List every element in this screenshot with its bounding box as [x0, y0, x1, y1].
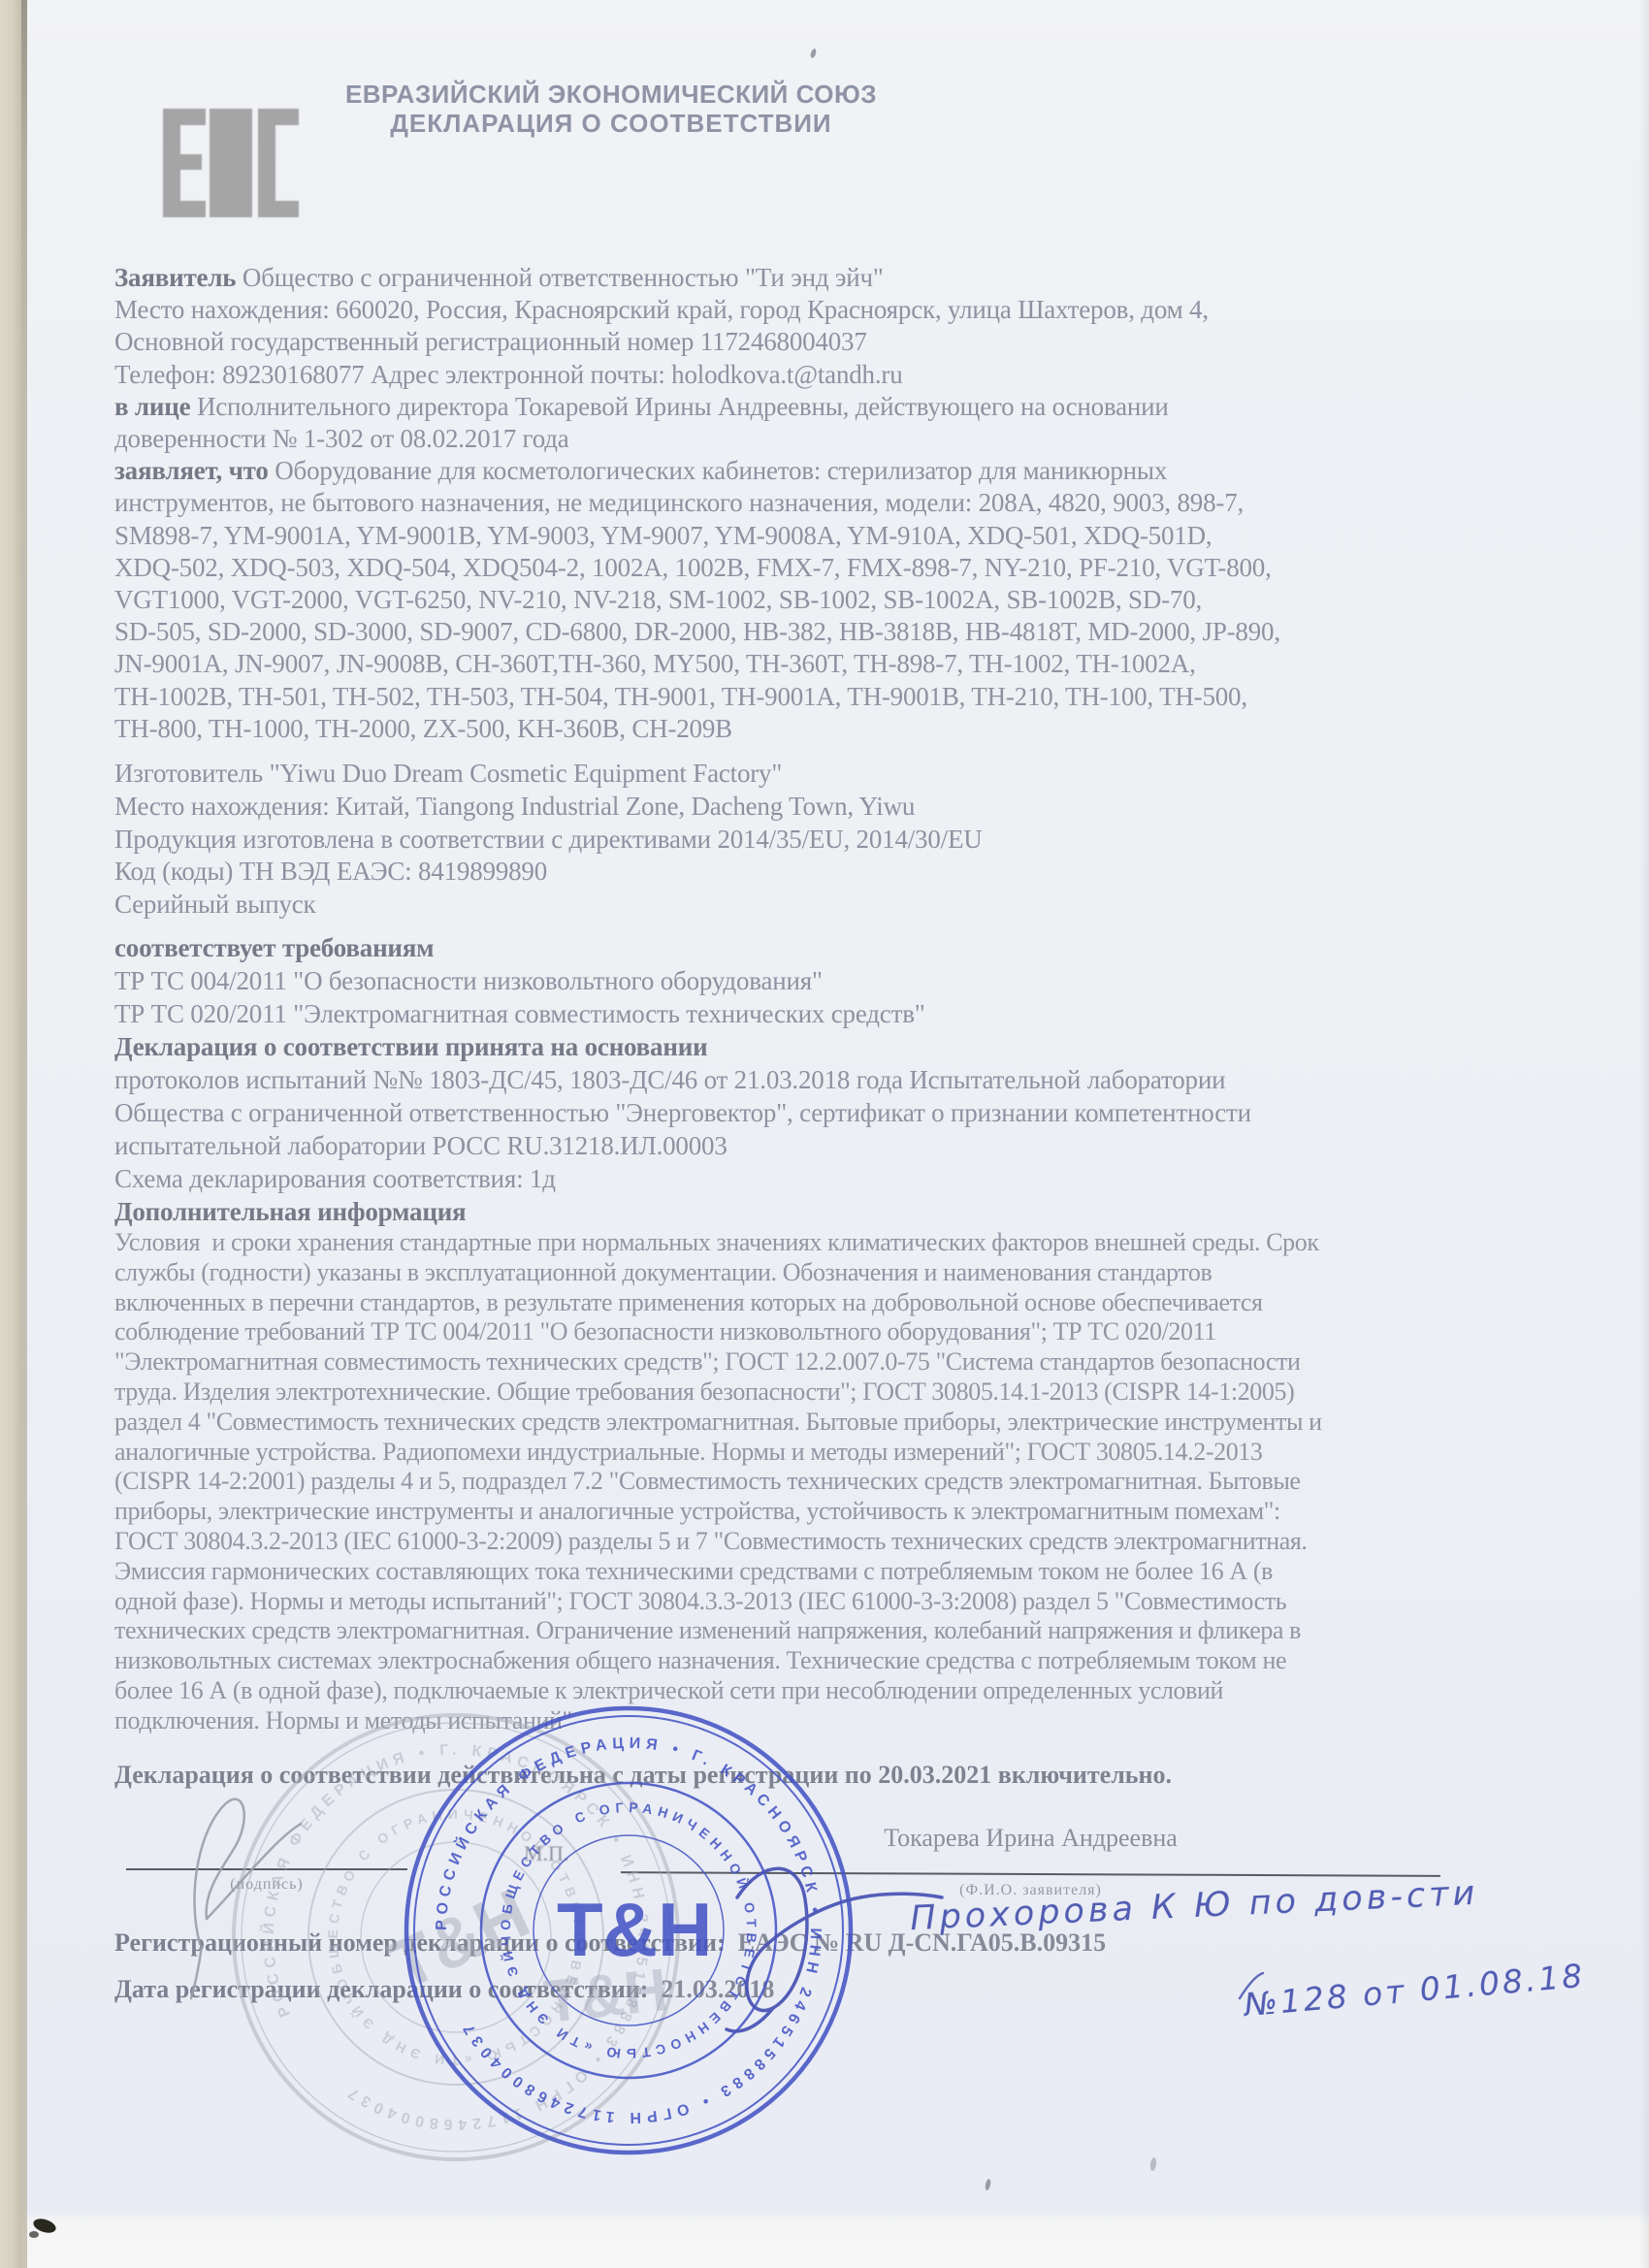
document-text-line: SM898-7, YM-9001A, YM-9001B, YM-9003, YM… [114, 520, 1280, 552]
document-text-line: ТР ТС 020/2011 "Электромагнитная совмест… [114, 997, 1251, 1030]
document-text-line: Продукция изготовлена в соответствии с д… [114, 824, 983, 857]
document-text-line: инструментов, не бытового назначения, не… [114, 487, 1280, 519]
document-text-line: TH-1002B, TH-501, TH-502, TH-503, TH-504… [114, 681, 1280, 713]
document-text-line: заявляет, что Оборудование для косметоло… [114, 455, 1280, 487]
document-text-line: ТР ТС 004/2011 "О безопасности низковоль… [114, 964, 1251, 997]
handwritten-number-note: №128 от 01.08.18 [1243, 1957, 1587, 2025]
document-text-line: доверенности № 1-302 от 08.02.2017 года [114, 423, 1280, 455]
document-text-line: аналогичные устройства. Радиопомехи инду… [114, 1438, 1322, 1468]
document-text-line: Заявитель Общество с ограниченной ответс… [114, 262, 1280, 294]
eac-logo-icon [163, 109, 299, 217]
document-text-line: Дополнительная информация [114, 1195, 1251, 1228]
additional-information-block: Условия и сроки хранения стандартные при… [114, 1228, 1322, 1736]
document-text-line: "Электромагнитная совместимость техничес… [114, 1347, 1322, 1377]
scan-blob [29, 2231, 39, 2238]
document-text-line: раздел 4 "Совместимость технических сред… [114, 1408, 1322, 1438]
document-text-line: TH-800, TH-1000, TH-2000, ZX-500, KH-360… [114, 713, 1280, 745]
document-text-line: Код (коды) ТН ВЭД ЕАЭС: 8419899890 [114, 856, 983, 889]
document-text-line: (CISPR 14-2:2001) разделы 4 и 5, подразд… [114, 1467, 1322, 1497]
requirements-block: соответствует требованиямТР ТС 004/2011 … [114, 931, 1251, 1228]
document-text-line: SD-505, SD-2000, SD-3000, SD-9007, CD-68… [114, 616, 1280, 648]
document-header: ЕВРАЗИЙСКИЙ ЭКОНОМИЧЕСКИЙ СОЮЗ ДЕКЛАРАЦИ… [320, 80, 902, 138]
document-text-line: в лице Исполнительного директора Токарев… [114, 391, 1280, 423]
applicant-and-product-block: Заявитель Общество с ограниченной ответс… [114, 262, 1280, 745]
declaration-title: ДЕКЛАРАЦИЯ О СООТВЕТСТВИИ [320, 109, 902, 138]
document-text-line: Условия и сроки хранения стандартные при… [114, 1228, 1322, 1258]
document-text-line: Общества с ограниченной ответственностью… [114, 1096, 1251, 1129]
company-stamp: РОССИЙСКАЯ ФЕДЕРАЦИЯ • Г. КРАСНОЯРСК • И… [396, 1698, 861, 2163]
document-text-line: JN-9001A, JN-9007, JN-9008B, CH-360T,TH-… [114, 648, 1280, 680]
page-edge-shadow [21, 0, 27, 2268]
document-text-line: труда. Изделия электротехнические. Общие… [114, 1377, 1322, 1408]
manufacturer-block: Изготовитель "Yiwu Duo Dream Cosmetic Eq… [114, 758, 983, 922]
document-text-line: Серийный выпуск [114, 889, 983, 922]
document-text-line: приборы, электрические инструменты и ана… [114, 1497, 1322, 1527]
document-text-line: Изготовитель "Yiwu Duo Dream Cosmetic Eq… [114, 758, 983, 791]
union-title: ЕВРАЗИЙСКИЙ ЭКОНОМИЧЕСКИЙ СОЮЗ [320, 80, 902, 109]
scanned-declaration-page: ЕВРАЗИЙСКИЙ ЭКОНОМИЧЕСКИЙ СОЮЗ ДЕКЛАРАЦИ… [0, 0, 1649, 2268]
scan-speck [810, 48, 818, 58]
right-edge-shadow [1639, 0, 1649, 2268]
document-text-line: технических средств электромагнитная. Ог… [114, 1616, 1322, 1646]
document-text-line: Место нахождения: 660020, Россия, Красно… [114, 294, 1280, 326]
document-text-line: XDQ-502, XDQ-503, XDQ-504, XDQ504-2, 100… [114, 552, 1280, 584]
scan-speck [985, 2179, 991, 2191]
document-text-line: VGT1000, VGT-2000, VGT-6250, NV-210, NV-… [114, 584, 1280, 616]
document-text-line: соблюдение требований ТР ТС 004/2011 "О … [114, 1317, 1322, 1347]
document-text-line: Схема декларирования соответствия: 1д [114, 1162, 1251, 1195]
document-text-line: Телефон: 89230168077 Адрес электронной п… [114, 359, 1280, 391]
scanner-edge-strip [0, 0, 21, 2268]
document-text-line: протоколов испытаний №№ 1803-ДС/45, 1803… [114, 1063, 1251, 1096]
document-text-line: Основной государственный регистрационный… [114, 326, 1280, 358]
document-text-line: соответствует требованиям [114, 931, 1251, 964]
stamp-center-text: T&H [557, 1887, 712, 1972]
scan-speck [1149, 2157, 1157, 2172]
document-text-line: Место нахождения: Китай, Tiangong Indust… [114, 791, 983, 824]
document-text-line: включенных в перечни стандартов, в резул… [114, 1288, 1322, 1318]
document-text-line: ГОСТ 30804.3.2-2013 (IEC 61000-3-2:2009)… [114, 1527, 1322, 1557]
document-text-line: Эмиссия гармонических составляющих тока … [114, 1557, 1322, 1587]
document-text-line: службы (годности) указаны в эксплуатацио… [114, 1258, 1322, 1288]
document-text-line: низковольтных системах электроснабжения … [114, 1646, 1322, 1676]
document-text-line: Декларация о соответствии принята на осн… [114, 1030, 1251, 1063]
document-text-line: одной фазе). Нормы и методы испытаний"; … [114, 1587, 1322, 1617]
document-text-line: испытательной лаборатории РОСС RU.31218.… [114, 1129, 1251, 1162]
